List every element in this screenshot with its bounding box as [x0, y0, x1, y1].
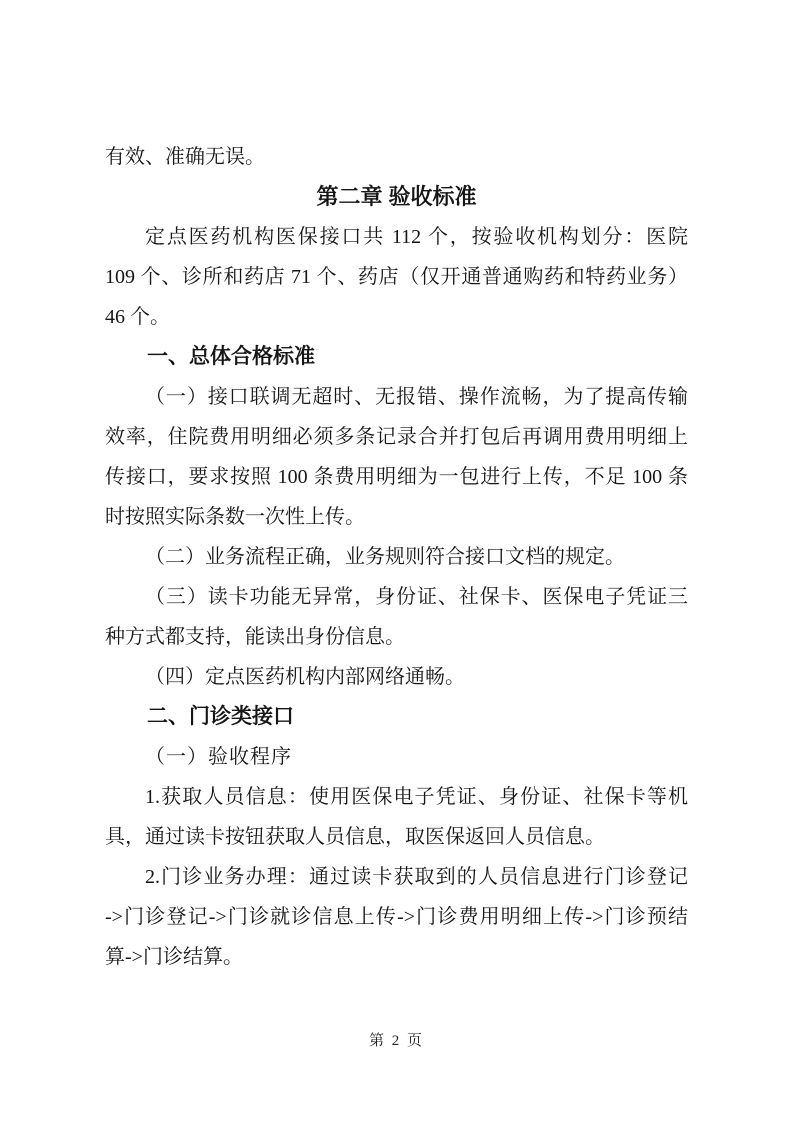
text-line: 2.门诊业务办理：通过读卡获取到的人员信息进行门诊登记 [105, 857, 688, 897]
text-line: 定点医药机构医保接口共 112 个，按验收机构划分：医院 [105, 217, 688, 257]
subsection-heading-acceptance-procedure: （一）验收程序 [105, 737, 688, 777]
text-line: ->门诊登记->门诊就诊信息上传->门诊费用明细上传->门诊预结 [105, 897, 688, 937]
text-line: 传接口，要求按照 100 条费用明细为一包进行上传，不足 100 条 [105, 457, 688, 497]
text-line: 1.获取人员信息：使用医保电子凭证、身份证、社保卡等机 [105, 777, 688, 817]
text-line: 46 个。 [105, 297, 688, 337]
chapter-title: 第二章 验收标准 [105, 177, 688, 217]
text-line: 具，通过读卡按钮获取人员信息，取医保返回人员信息。 [105, 817, 688, 857]
text-line: （二）业务流程正确，业务规则符合接口文档的规定。 [105, 537, 688, 577]
section-heading-outpatient-interface: 二、门诊类接口 [105, 697, 688, 737]
text-line: 时按照实际条数一次性上传。 [105, 497, 688, 537]
page-number: 第 2 页 [0, 1028, 793, 1054]
text-line: 效率，住院费用明细必须多条记录合并打包后再调用费用明细上 [105, 417, 688, 457]
document-body: 有效、准确无误。 第二章 验收标准 定点医药机构医保接口共 112 个，按验收机… [105, 137, 688, 977]
text-line: 算->门诊结算。 [105, 937, 688, 977]
text-line: 109 个、诊所和药店 71 个、药店（仅开通普通购药和特药业务） [105, 257, 688, 297]
text-line: 种方式都支持，能读出身份信息。 [105, 617, 688, 657]
text-line: （三）读卡功能无异常，身份证、社保卡、医保电子凭证三 [105, 577, 688, 617]
section-heading-overall-standards: 一、总体合格标准 [105, 337, 688, 377]
text-line: 有效、准确无误。 [105, 137, 688, 177]
text-line: （四）定点医药机构内部网络通畅。 [105, 657, 688, 697]
text-line: （一）接口联调无超时、无报错、操作流畅，为了提高传输 [105, 377, 688, 417]
document-page: 有效、准确无误。 第二章 验收标准 定点医药机构医保接口共 112 个，按验收机… [0, 0, 793, 1122]
